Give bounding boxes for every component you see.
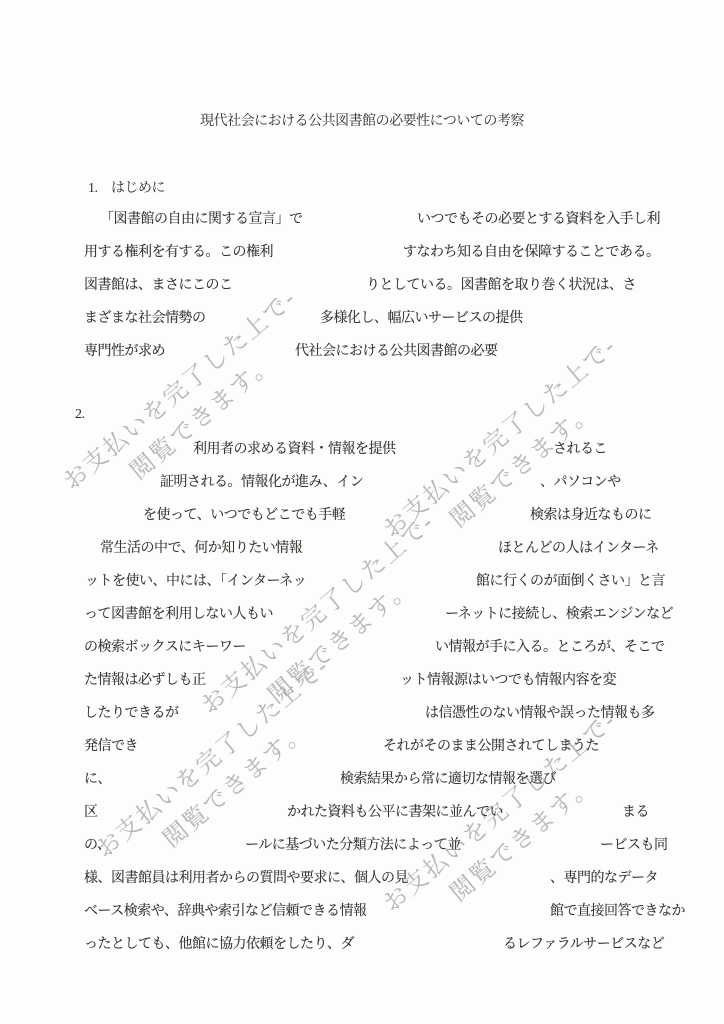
text-fragment: 専門性が求め [84, 340, 165, 360]
text-fragment: 区 [84, 801, 98, 821]
text-fragment: の、 [84, 834, 110, 854]
text-fragment: 検索は身近なものに [530, 504, 652, 524]
text-fragment: 、パソコンや [540, 471, 621, 491]
text-fragment: ったとしても、他館に協力依頼をしたり、ダ [84, 933, 354, 953]
text-fragment: に、 [84, 768, 111, 788]
text-fragment: た情報は必ずしも正 [84, 669, 206, 689]
text-fragment: 代社会における公共図書館の必要 [295, 340, 498, 360]
text-fragment: 利用者の求める資料・情報を提供 [193, 438, 396, 458]
text-fragment: って図書館を利用しない人もい [84, 603, 273, 623]
text-fragment: ットを使い、中には、「インターネッ [85, 570, 306, 590]
scanned-document-page: お支払いを完了した上で-閲覧できます。お支払いを完了した上で-閲覧できます。お支… [0, 0, 724, 1024]
text-fragment: ット情報源はいつでも情報内容を変 [400, 669, 616, 689]
text-fragment: ベース検索や、辞典や索引など信頼できる情報 [84, 900, 367, 920]
section-heading-1: 1. はじめに [88, 177, 165, 197]
text-fragment: ほとんどの人はインターネ [498, 537, 659, 557]
text-fragment: ービスも同 [600, 834, 668, 854]
text-fragment: 証明される。情報化が進み、イン [160, 471, 363, 491]
text-fragment: 用する権利を有する。この権利 [84, 241, 273, 261]
text-fragment: を使って、いつでもどこでも手軽 [143, 504, 345, 524]
text-fragment: りとしている。図書館を取り巻く状況は、さ [366, 274, 636, 294]
text-fragment: すなわち知る自由を保障することである。 [403, 241, 660, 261]
text-fragment: 発信でき [84, 735, 138, 755]
text-fragment: 多様化し、幅広いサービスの提供 [320, 307, 523, 327]
document-title: 現代社会における公共図書館の必要性についての考察 [200, 110, 524, 130]
text-fragment: るレファラルサービスなど [503, 933, 664, 953]
text-fragment: まる [622, 801, 649, 821]
text-fragment: 館に行くのが面倒くさい」と言 [476, 570, 665, 590]
text-fragment: いつでもその必要とする資料を入手し利 [417, 208, 660, 228]
text-fragment: 図書館は、まさにこのこ [84, 274, 233, 294]
text-fragment: かれた資料も公平に書架に並んでい [287, 801, 503, 821]
text-fragment: 様、図書館員は利用者からの質問や要求に、個人の見 [84, 867, 408, 887]
text-fragment: されるこ [553, 438, 607, 458]
text-fragment: の検索ボックスにキーワー [84, 636, 246, 656]
text-fragment: 検索結果から常に適切な情報を選び [340, 768, 556, 788]
text-fragment: 「図書館の自由に関する宣言」で [100, 208, 303, 228]
section-heading-2: 2. [75, 407, 85, 423]
text-fragment: 館で直接回答できなか [550, 900, 685, 920]
text-fragment: 常生活の中で、何か知りたい情報 [100, 537, 302, 557]
text-fragment: い情報が手に入る。ところが、そこで [435, 636, 665, 656]
text-fragment: ーネットに接続し、検索エンジンなど [445, 603, 673, 623]
text-fragment: 、専門的なデータ [550, 867, 658, 887]
text-fragment: それがそのまま公開されてしまうた [383, 735, 599, 755]
text-fragment: は信憑性のない情報や誤った情報も多 [425, 702, 655, 722]
text-fragment: まざまな社会情勢の [84, 307, 206, 327]
text-fragment: したりできるが [84, 702, 179, 722]
text-fragment: ールに基づいた分類方法によって並 [245, 834, 461, 854]
